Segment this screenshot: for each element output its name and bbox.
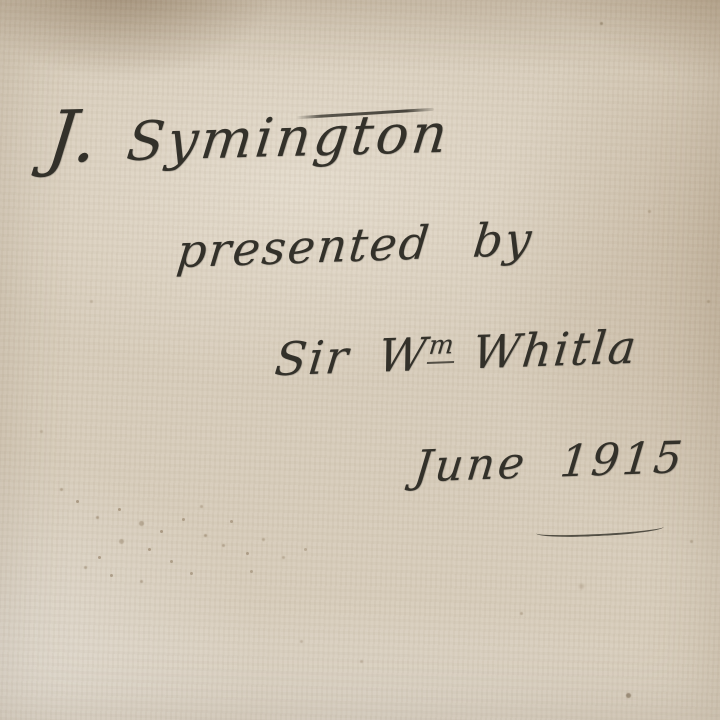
- inscription-owner-initial: J.: [43, 94, 105, 179]
- inscription-presenter-surname: Whitla: [470, 320, 641, 380]
- inscription-line-owner-name: J.Symington: [43, 91, 455, 180]
- inscription-line-date: June 1915 .: [412, 430, 720, 492]
- inscription-presenter-title: Sir W: [272, 327, 430, 386]
- book-endpaper-photo: J.Symington presented by Sir WmWhitla Ju…: [0, 0, 720, 720]
- inscription-presenter-superscript-m: m: [427, 330, 457, 364]
